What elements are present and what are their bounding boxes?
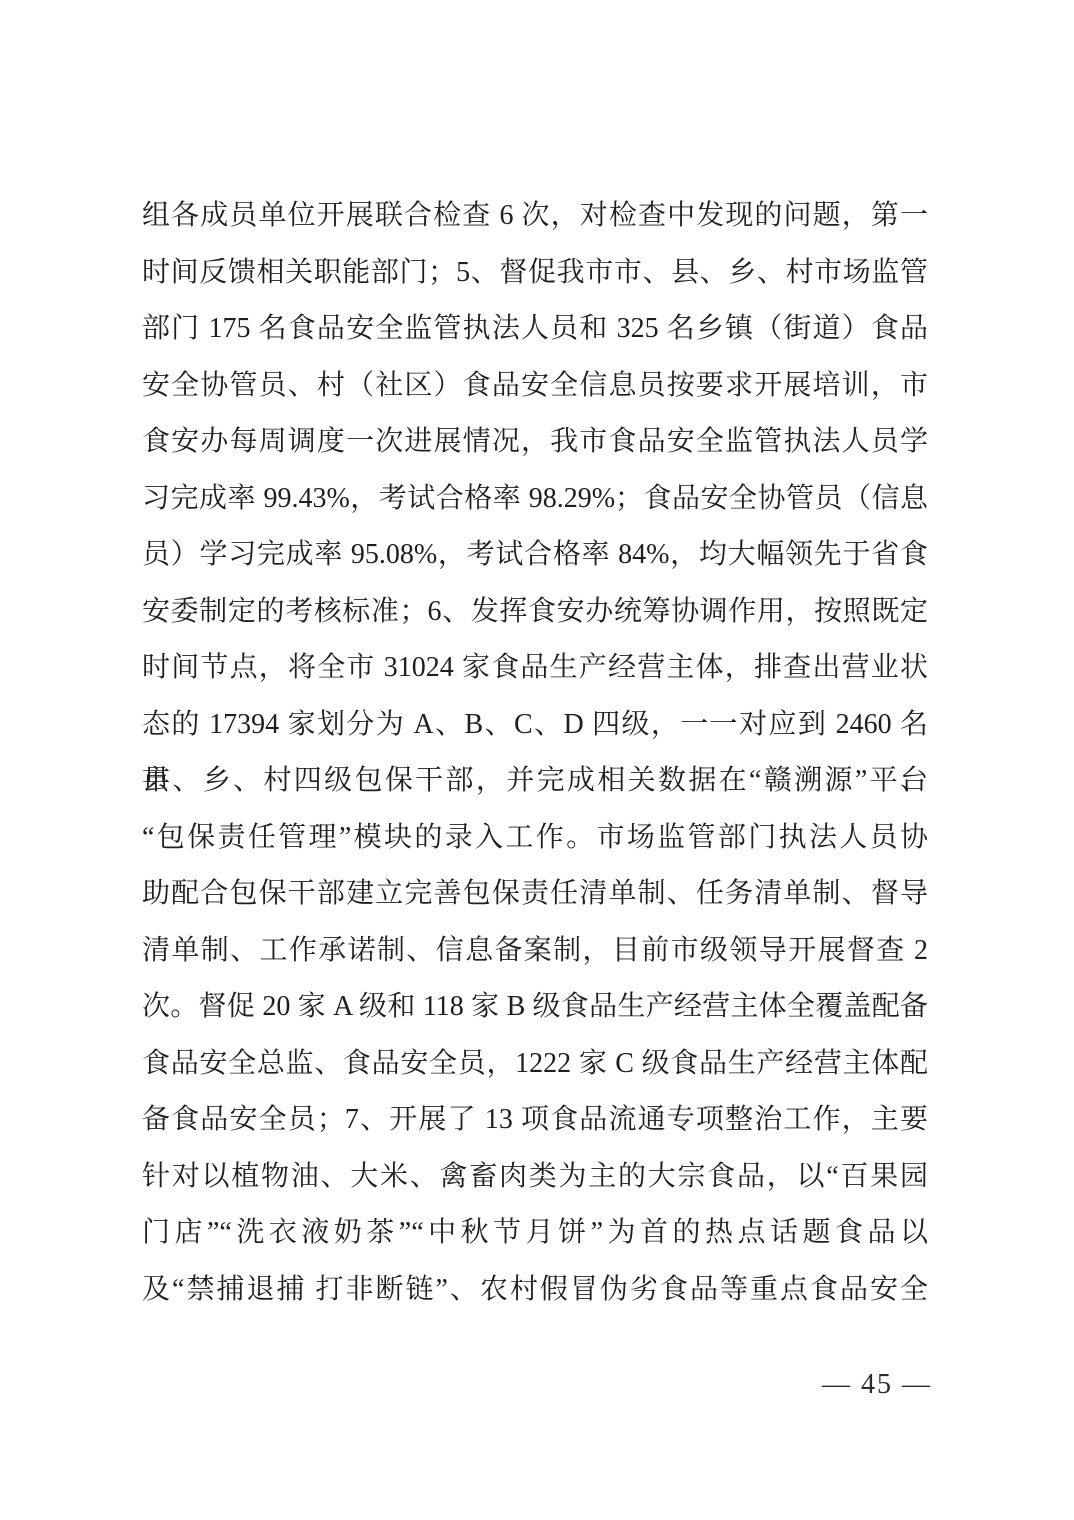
page-number: — 45 —: [822, 1369, 932, 1400]
body-text-line: 食安办每周调度一次进展情况，我市食品安全监管执法人员学: [142, 414, 928, 471]
body-text-line: 安委制定的考核标准；6、发挥食安办统筹协调作用，按照既定: [142, 584, 928, 641]
body-paragraph: 组各成员单位开展联合检查 6 次，对检查中发现的问题，第一 时间反馈相关职能部门…: [142, 188, 928, 1318]
body-text-line: 组各成员单位开展联合检查 6 次，对检查中发现的问题，第一: [142, 188, 928, 245]
body-text-line: “包保责任管理”模块的录入工作。市场监管部门执法人员协: [142, 810, 928, 867]
body-text-line: 员）学习完成率 95.08%，考试合格率 84%，均大幅领先于省食: [142, 527, 928, 584]
body-text-line: 门店”“洗衣液奶茶”“中秋节月饼”为首的热点话题食品以: [142, 1205, 928, 1262]
body-text-line: 态的 17394 家划分为 A、B、C、D 四级，一一对应到 2460 名市、: [142, 697, 928, 754]
body-text-line: 针对以植物油、大米、禽畜肉类为主的大宗食品，以“百果园: [142, 1149, 928, 1206]
body-text-line: 部门 175 名食品安全监管执法人员和 325 名乡镇（街道）食品: [142, 301, 928, 358]
body-text-line: 县、乡、村四级包保干部，并完成相关数据在“赣溯源”平台: [142, 753, 928, 810]
body-text-line: 时间节点，将全市 31024 家食品生产经营主体，排查出营业状: [142, 640, 928, 697]
body-text-line: 助配合包保干部建立完善包保责任清单制、任务清单制、督导: [142, 866, 928, 923]
body-text-line: 时间反馈相关职能部门；5、督促我市市、县、乡、村市场监管: [142, 245, 928, 302]
body-text-line: 次。督促 20 家 A 级和 118 家 B 级食品生产经营主体全覆盖配备: [142, 979, 928, 1036]
body-text-line: 习完成率 99.43%，考试合格率 98.29%；食品安全协管员（信息: [142, 471, 928, 528]
body-text-line: 清单制、工作承诺制、信息备案制，目前市级领导开展督查 2: [142, 923, 928, 980]
body-text-line: 安全协管员、村（社区）食品安全信息员按要求开展培训，市: [142, 358, 928, 415]
body-text-line: 备食品安全员；7、开展了 13 项食品流通专项整治工作，主要: [142, 1092, 928, 1149]
document-page: 组各成员单位开展联合检查 6 次，对检查中发现的问题，第一 时间反馈相关职能部门…: [0, 0, 1074, 1520]
body-text-line: 食品安全总监、食品安全员，1222 家 C 级食品生产经营主体配: [142, 1036, 928, 1093]
body-text-line: 及“禁捕退捕 打非断链”、农村假冒伪劣食品等重点食品安全: [142, 1262, 928, 1319]
page-footer: — 45 —: [822, 1365, 932, 1405]
